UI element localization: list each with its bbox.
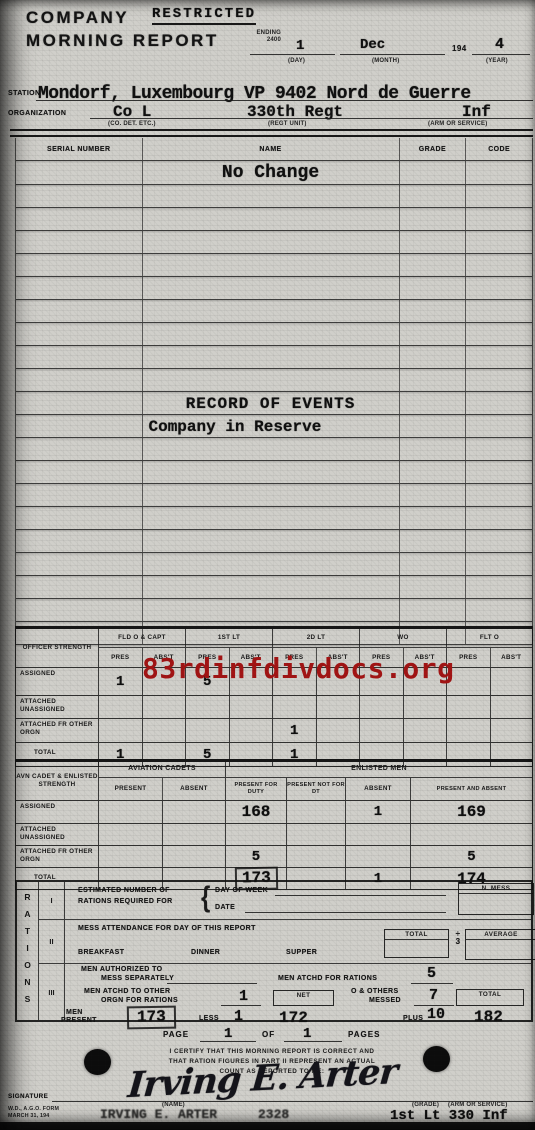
of-label: OF xyxy=(262,1030,275,1039)
officer-value xyxy=(404,719,448,742)
officer-row-attached-fr-other: ATTACHED FR OTHER ORGN 1 xyxy=(16,719,532,743)
mess-attendance-label: MESS ATTENDANCE FOR DAY OF THIS REPORT xyxy=(78,925,256,932)
roster-row xyxy=(16,461,532,484)
roster-entry-value: No Change xyxy=(143,161,400,184)
enlisted-value xyxy=(163,801,226,823)
roster-row xyxy=(16,599,532,622)
net-box: NET xyxy=(273,990,334,1006)
station-blank-line xyxy=(36,100,533,101)
officer-value xyxy=(447,719,491,742)
col-grade: GRADE xyxy=(400,138,467,160)
officer-group-1st-lt: 1ST LT xyxy=(186,629,273,647)
page-number-blank xyxy=(200,1041,256,1042)
station-label: STATION xyxy=(8,90,40,97)
roster-row xyxy=(16,208,532,231)
col-name: NAME xyxy=(143,138,400,160)
net-value: 172 xyxy=(279,1009,308,1027)
typed-serial: 2328 xyxy=(258,1107,289,1122)
officer-row-label: ASSIGNED xyxy=(16,668,99,695)
col-present-and-absent: PRESENT AND ABSENT xyxy=(411,778,532,800)
net-label: NET xyxy=(274,991,333,1000)
officer-sub-pres: PRES xyxy=(99,648,143,667)
enlisted-value: 169 xyxy=(411,801,532,823)
year-blank-line xyxy=(472,54,530,55)
enlisted-value xyxy=(99,846,163,867)
page-label: PAGE xyxy=(163,1030,189,1039)
roster-row xyxy=(16,300,532,323)
officer-sub-abst: ABS'T xyxy=(491,648,533,667)
pages-total-blank xyxy=(284,1041,342,1042)
enlisted-value xyxy=(163,846,226,867)
rations-date-label: DATE xyxy=(215,904,235,911)
ending-label: ENDING xyxy=(233,30,281,37)
roster-header-row: SERIAL NUMBER NAME GRADE CODE xyxy=(16,138,532,161)
officer-value xyxy=(491,668,533,695)
breakfast-label: BREAKFAST xyxy=(78,949,124,956)
record-of-events-entry: Company in Reserve xyxy=(143,415,400,437)
average-box: AVERAGE xyxy=(465,929,535,960)
roster-table: SERIAL NUMBER NAME GRADE CODE No Change … xyxy=(15,138,533,645)
roster-row xyxy=(16,323,532,346)
rations-side-label: RATIONS xyxy=(23,892,33,1011)
rations-i-line2: RATIONS REQUIRED FOR xyxy=(78,898,173,905)
enlisted-value xyxy=(287,801,346,823)
plus-label: PLUS xyxy=(403,1015,423,1022)
rations-section-3: MEN AUTHORIZED TO MESS SEPARATELY MEN AT… xyxy=(65,964,531,1020)
header-divider-rule xyxy=(10,129,533,137)
o-and-others-line2: MESSED xyxy=(369,997,401,1004)
average-label: AVERAGE xyxy=(466,930,535,940)
enlisted-row-assigned: ASSIGNED 168 1 169 xyxy=(16,800,532,824)
page-number: 1 xyxy=(224,1026,232,1042)
men-authorized-line2: MESS SEPARATELY xyxy=(101,975,174,982)
rations-section-2: MESS ATTENDANCE FOR DAY OF THIS REPORT B… xyxy=(65,920,531,964)
station-value: Mondorf, Luxembourg VP 9402 Nord de Guer… xyxy=(38,84,471,104)
roster-row xyxy=(16,254,532,277)
rations-total-box: TOTAL xyxy=(456,989,524,1006)
enlisted-row-attached-unassigned: ATTACHED UNASSIGNED xyxy=(16,824,532,846)
enlisted-value xyxy=(99,801,163,823)
officer-strength-table: OFFICER STRENGTH FLD O & CAPT 1ST LT 2D … xyxy=(15,626,533,767)
organization-blank-line xyxy=(90,118,533,119)
officer-row-label: ATTACHED FR OTHER ORGN xyxy=(16,719,99,742)
supper-label: SUPPER xyxy=(286,949,317,956)
pages-total: 1 xyxy=(303,1026,311,1042)
month-blank-line xyxy=(340,54,445,55)
less-value: 1 xyxy=(234,1008,243,1025)
rations-date-blank xyxy=(245,912,446,913)
roster-row xyxy=(16,438,532,461)
enlisted-row-label: ASSIGNED xyxy=(16,801,99,823)
men-label: MEN xyxy=(66,1009,83,1016)
day-of-week-label: DAY OF WEEK xyxy=(215,887,268,894)
arm-caption: (ARM OR SERVICE) xyxy=(428,121,487,127)
morning-report-page: COMPANY MORNING REPORT RESTRICTED ENDING… xyxy=(0,0,535,1130)
mess-total-label: TOTAL xyxy=(385,930,448,940)
enlisted-value: 1 xyxy=(346,801,411,823)
officer-group-2d-lt: 2D LT xyxy=(273,629,360,647)
rations-numeral-column: I II III xyxy=(39,882,65,1020)
rations-section: RATIONS I II III ESTIMATED NUMBER OF RAT… xyxy=(15,880,533,1022)
col-present-not-for-duty: PRESENT NOT FOR DT xyxy=(287,778,346,800)
form-number-line1: W.D., A.G.O. FORM xyxy=(8,1106,59,1112)
day-blank-line xyxy=(250,54,335,55)
rations-total-label: TOTAL xyxy=(457,990,523,999)
officer-group-fldo-capt: FLD O & CAPT xyxy=(99,629,186,647)
men-present-boxed-value: 173 xyxy=(127,1006,176,1030)
enlisted-value: 5 xyxy=(411,846,532,867)
n-mess-box: N. MESS xyxy=(458,883,534,915)
month-caption: (MONTH) xyxy=(372,58,399,64)
mess-total-box: TOTAL xyxy=(384,929,449,958)
form-number-line2: MARCH 31, 194 xyxy=(8,1113,49,1119)
men-atchd-for-rations-value: 5 xyxy=(427,965,436,982)
group-aviation-cadets: AVIATION CADETS xyxy=(99,762,226,777)
men-atchd-other-blank xyxy=(221,1005,261,1006)
officer-value xyxy=(317,719,361,742)
unit-caption: (REGT UNIT) xyxy=(268,121,307,127)
punch-hole-right xyxy=(423,1046,450,1072)
col-code: CODE xyxy=(466,138,532,160)
col-serial-number: SERIAL NUMBER xyxy=(16,138,143,160)
brace-glyph: { xyxy=(201,881,210,915)
officer-value xyxy=(143,719,187,742)
enlisted-row-label: ATTACHED FR OTHER ORGN xyxy=(16,846,99,867)
roster-row xyxy=(16,231,532,254)
officer-group-flt-o: FLT O xyxy=(447,629,532,647)
officer-value xyxy=(99,719,143,742)
col-cadets-present: PRESENT xyxy=(99,778,163,800)
date-day-value: 1 xyxy=(296,38,304,54)
men-atchd-for-rations-label: MEN ATCHD FOR RATIONS xyxy=(278,975,377,982)
rations-numeral-2: II xyxy=(39,920,64,964)
rations-section-1: ESTIMATED NUMBER OF RATIONS REQUIRED FOR… xyxy=(65,882,531,920)
ending-time: 2400 xyxy=(233,37,281,44)
o-and-others-line1: O & OTHERS xyxy=(351,988,399,995)
dinner-label: DINNER xyxy=(191,949,220,956)
others-messed-value: 7 xyxy=(429,987,438,1004)
officer-value xyxy=(186,719,230,742)
date-year-value: 4 xyxy=(495,36,504,53)
day-caption: (DAY) xyxy=(288,58,305,64)
officer-value xyxy=(230,719,274,742)
day-of-week-blank xyxy=(275,895,446,896)
roster-row xyxy=(16,553,532,576)
roster-entry-row: No Change xyxy=(16,161,532,185)
rations-i-line1: ESTIMATED NUMBER OF xyxy=(78,887,170,894)
rations-side-column: RATIONS xyxy=(17,882,39,1020)
men-atchd-for-rations-blank xyxy=(411,983,453,984)
n-mess-label: N. MESS xyxy=(459,884,533,894)
record-of-events-entry-row: Company in Reserve xyxy=(16,415,532,438)
enlisted-row-attached-fr-other: ATTACHED FR OTHER ORGN 5 5 xyxy=(16,846,532,868)
roster-row xyxy=(16,576,532,599)
company-caption: (CO. DET. ETC.) xyxy=(108,121,156,127)
typed-name: IRVING E. ARTER xyxy=(100,1107,217,1122)
roster-row xyxy=(16,507,532,530)
col-cadets-absent: ABSENT xyxy=(163,778,226,800)
year-printed: 194 xyxy=(452,44,467,53)
officer-value xyxy=(360,719,404,742)
rations-total-value: 182 xyxy=(474,1008,503,1026)
plus-value: 10 xyxy=(427,1006,445,1023)
mess-separately-blank xyxy=(167,983,257,984)
men-atchd-other-value: 1 xyxy=(239,988,248,1005)
officer-group-wo: WO xyxy=(360,629,447,647)
roster-row xyxy=(16,369,532,392)
enlisted-value: 168 xyxy=(226,801,287,823)
rations-numeral-1: I xyxy=(39,882,64,920)
officer-value: 1 xyxy=(99,668,143,695)
record-of-events-title: RECORD OF EVENTS xyxy=(143,392,400,414)
organization-label: ORGANIZATION xyxy=(8,110,66,117)
officer-row-attached-unassigned: ATTACHED UNASSIGNED xyxy=(16,696,532,719)
group-enlisted-men: ENLISTED MEN xyxy=(226,762,532,777)
year-caption: (YEAR) xyxy=(486,58,508,64)
present-label: PRESENT xyxy=(61,1017,97,1024)
less-label: LESS xyxy=(199,1015,219,1022)
roster-row xyxy=(16,346,532,369)
roster-row xyxy=(16,277,532,300)
scan-bottom-edge xyxy=(0,1122,535,1130)
site-watermark: 83rdinfdivdocs.org xyxy=(142,652,454,685)
officer-value: 1 xyxy=(273,719,317,742)
officer-row-label: ATTACHED UNASSIGNED xyxy=(16,696,99,718)
officer-strength-header: OFFICER STRENGTH xyxy=(16,629,99,667)
signature-label: SIGNATURE xyxy=(8,1093,48,1100)
men-atchd-other-line2: ORGN FOR RATIONS xyxy=(101,997,178,1004)
date-month-value: Dec xyxy=(360,37,385,53)
col-present-for-duty: PRESENT FOR DUTY xyxy=(226,778,287,800)
record-of-events-title-row: RECORD OF EVENTS xyxy=(16,392,532,415)
enlisted-value xyxy=(287,846,346,867)
roster-row xyxy=(16,484,532,507)
form-title-line1: COMPANY xyxy=(26,8,129,28)
rations-numeral-3: III xyxy=(39,964,64,1020)
roster-row xyxy=(16,530,532,553)
men-atchd-other-line1: MEN ATCHD TO OTHER xyxy=(84,988,170,995)
classification-stamp: RESTRICTED xyxy=(152,6,256,25)
form-title-line2: MORNING REPORT xyxy=(26,31,219,51)
enlisted-value: 5 xyxy=(226,846,287,867)
enlisted-strength-header: AVN CADET & ENLISTED STRENGTH xyxy=(16,762,99,800)
enlisted-row-label: ATTACHED UNASSIGNED xyxy=(16,824,99,845)
officer-value xyxy=(491,719,533,742)
pages-label: PAGES xyxy=(348,1030,380,1039)
divide-number: 3 xyxy=(453,938,463,946)
enlisted-value xyxy=(346,846,411,867)
men-authorized-line1: MEN AUTHORIZED TO xyxy=(81,966,162,973)
roster-row xyxy=(16,185,532,208)
col-absent: ABSENT xyxy=(346,778,411,800)
punch-hole-left xyxy=(84,1049,111,1075)
enlisted-strength-table: AVN CADET & ENLISTED STRENGTH AVIATION C… xyxy=(15,759,533,890)
